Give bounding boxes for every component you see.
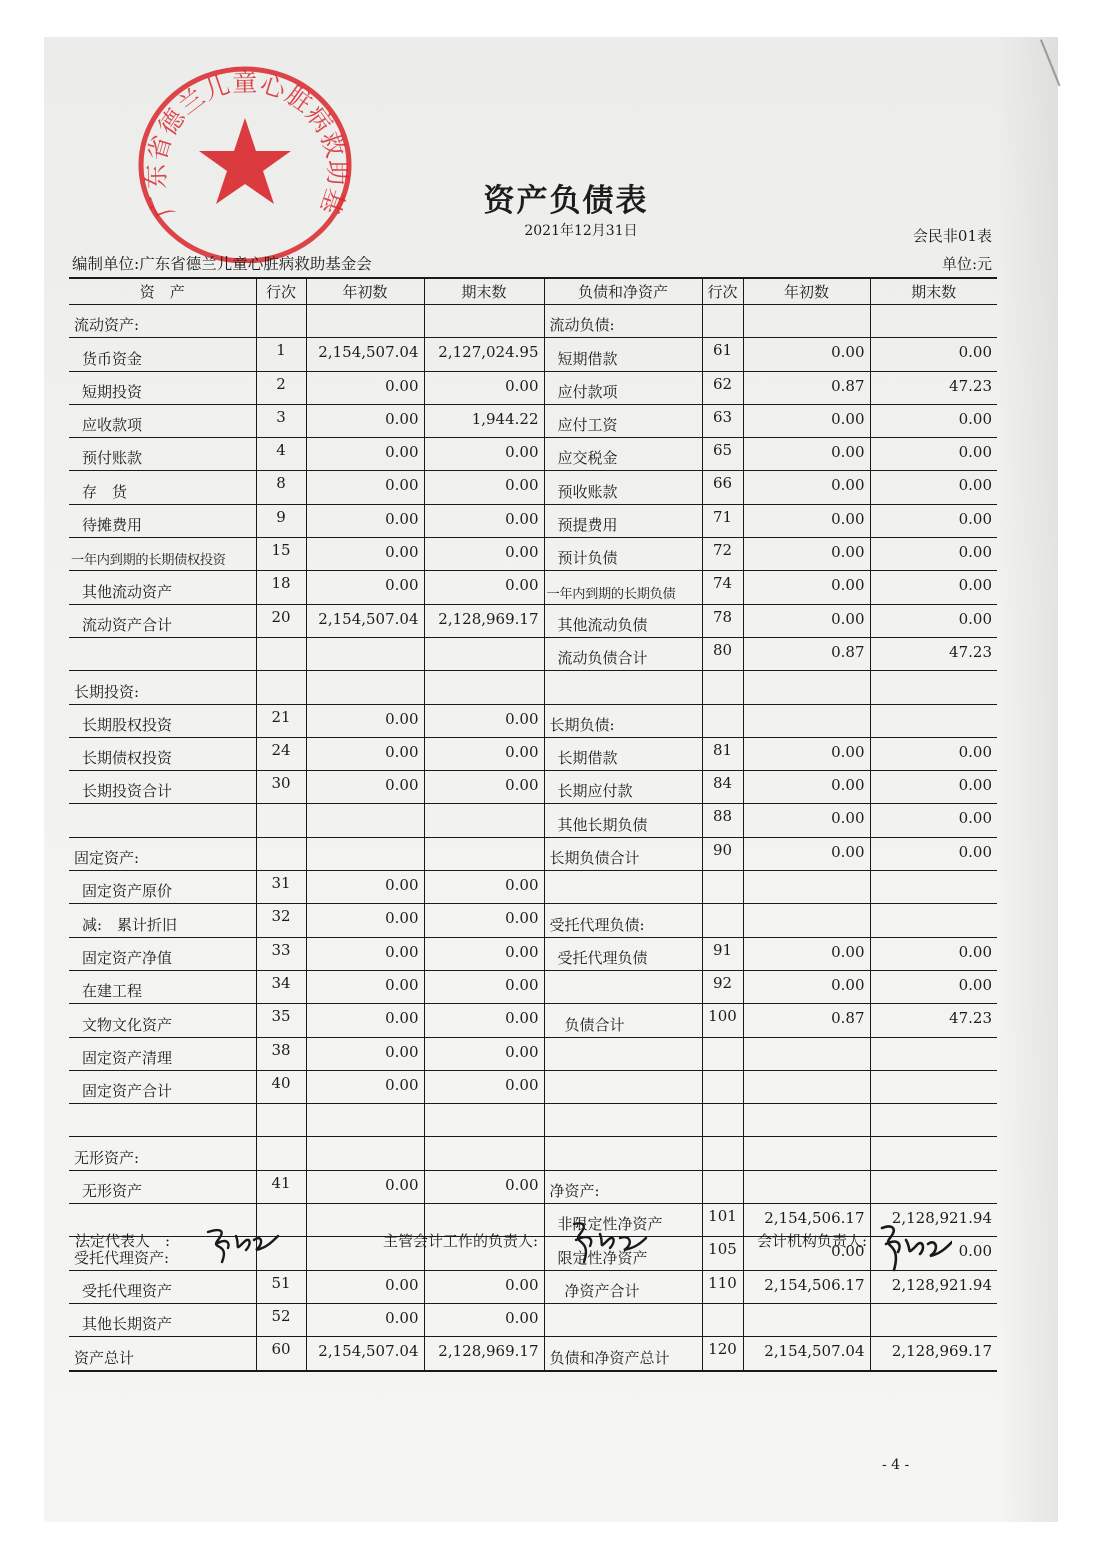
asset-line-no: 4: [256, 438, 306, 471]
table-row: 货币资金12,154,507.042,127,024.95短期借款610.000…: [69, 338, 997, 371]
liability-beginning-balance: 0.00: [743, 937, 870, 970]
liability-ending-balance: [870, 904, 997, 937]
asset-beginning-balance: 0.00: [306, 1270, 424, 1303]
liability-beginning-balance: [743, 1170, 870, 1203]
liability-beginning-balance: 0.00: [743, 571, 870, 604]
liability-label: [544, 1070, 702, 1103]
liability-label: 受托代理负债:: [544, 904, 702, 937]
liability-line-no: 65: [702, 438, 743, 471]
asset-beginning-balance: 0.00: [306, 538, 424, 571]
liability-beginning-balance: [743, 1037, 870, 1070]
table-row: 长期投资合计300.000.00长期应付款840.000.00: [69, 771, 997, 804]
asset-label: 固定资产原价: [69, 871, 256, 904]
asset-label: 固定资产清理: [69, 1037, 256, 1070]
asset-beginning-balance: [306, 637, 424, 670]
table-row: 长期投资:: [69, 671, 997, 704]
liability-line-no: [702, 671, 743, 704]
table-row: 其他流动资产180.000.00一年内到期的长期负债740.000.00: [69, 571, 997, 604]
asset-label: [69, 637, 256, 670]
liability-beginning-balance: 0.87: [743, 371, 870, 404]
liability-label: [544, 1303, 702, 1336]
table-row: 一年内到期的长期债权投资150.000.00预计负债720.000.00: [69, 538, 997, 571]
asset-ending-balance: [424, 1137, 544, 1170]
liability-line-no: [702, 871, 743, 904]
asset-label: 短期投资: [69, 371, 256, 404]
asset-ending-balance: 0.00: [424, 970, 544, 1003]
liability-beginning-balance: 0.00: [743, 471, 870, 504]
asset-line-no: 51: [256, 1270, 306, 1303]
asset-ending-balance: [424, 305, 544, 338]
asset-ending-balance: 0.00: [424, 771, 544, 804]
asset-beginning-balance: 0.00: [306, 404, 424, 437]
table-row: 减: 累计折旧320.000.00受托代理负债:: [69, 904, 997, 937]
asset-ending-balance: 0.00: [424, 471, 544, 504]
asset-beginning-balance: [306, 804, 424, 837]
asset-ending-balance: 0.00: [424, 538, 544, 571]
table-row: 存 货80.000.00预收账款660.000.00: [69, 471, 997, 504]
page-number: - 4 -: [882, 1457, 909, 1473]
liability-line-no: 80: [702, 637, 743, 670]
header-ending: 期末数: [870, 278, 997, 305]
asset-ending-balance: 0.00: [424, 871, 544, 904]
liability-beginning-balance: [743, 1104, 870, 1137]
header-line-no: 行次: [702, 278, 743, 305]
asset-ending-balance: 0.00: [424, 904, 544, 937]
asset-label: 待摊费用: [69, 504, 256, 537]
asset-beginning-balance: 0.00: [306, 937, 424, 970]
document-title: 资产负债表: [0, 175, 1102, 220]
liability-ending-balance: 0.00: [870, 538, 997, 571]
liability-label: 受托代理负债: [544, 937, 702, 970]
liability-label: 负债和净资产总计: [544, 1337, 702, 1371]
table-row: 其他长期负债880.000.00: [69, 804, 997, 837]
asset-ending-balance: 0.00: [424, 438, 544, 471]
asset-label: 固定资产净值: [69, 937, 256, 970]
liability-line-no: 71: [702, 504, 743, 537]
liability-beginning-balance: 0.87: [743, 637, 870, 670]
liability-ending-balance: 0.00: [870, 804, 997, 837]
asset-line-no: [256, 305, 306, 338]
header-assets: 资 产: [69, 278, 256, 305]
liability-ending-balance: 0.00: [870, 771, 997, 804]
liability-beginning-balance: [743, 704, 870, 737]
liability-beginning-balance: 0.00: [743, 970, 870, 1003]
asset-ending-balance: 0.00: [424, 1037, 544, 1070]
asset-ending-balance: [424, 804, 544, 837]
asset-ending-balance: [424, 837, 544, 870]
asset-label: 其他长期资产: [69, 1303, 256, 1336]
asset-label: 长期股权投资: [69, 704, 256, 737]
liability-line-no: [702, 1170, 743, 1203]
asset-line-no: 40: [256, 1070, 306, 1103]
asset-line-no: 33: [256, 937, 306, 970]
liability-label: 净资产:: [544, 1170, 702, 1203]
liability-ending-balance: 0.00: [870, 404, 997, 437]
liability-ending-balance: 0.00: [870, 837, 997, 870]
liability-label: 长期应付款: [544, 771, 702, 804]
asset-beginning-balance: 0.00: [306, 571, 424, 604]
liability-line-no: [702, 704, 743, 737]
asset-beginning-balance: [306, 305, 424, 338]
liability-ending-balance: [870, 1104, 997, 1137]
liability-line-no: [702, 1303, 743, 1336]
liability-line-no: 72: [702, 538, 743, 571]
table-row: 待摊费用90.000.00预提费用710.000.00: [69, 504, 997, 537]
asset-label: 减: 累计折旧: [69, 904, 256, 937]
liability-beginning-balance: 0.00: [743, 504, 870, 537]
table-row: 固定资产原价310.000.00: [69, 871, 997, 904]
asset-ending-balance: 2,128,969.17: [424, 604, 544, 637]
liability-beginning-balance: 0.00: [743, 804, 870, 837]
liability-label: [544, 1037, 702, 1070]
liability-ending-balance: 47.23: [870, 1004, 997, 1037]
asset-label: 长期投资:: [69, 671, 256, 704]
liability-ending-balance: 2,128,969.17: [870, 1337, 997, 1371]
asset-beginning-balance: [306, 1104, 424, 1137]
liability-beginning-balance: [743, 671, 870, 704]
paper-shadow: [998, 37, 1058, 1522]
asset-line-no: 24: [256, 737, 306, 770]
liability-beginning-balance: [743, 871, 870, 904]
asset-label: 受托代理资产: [69, 1270, 256, 1303]
liability-line-no: 90: [702, 837, 743, 870]
asset-line-no: 15: [256, 538, 306, 571]
asset-beginning-balance: [306, 671, 424, 704]
asset-ending-balance: 0.00: [424, 1070, 544, 1103]
asset-ending-balance: 0.00: [424, 1270, 544, 1303]
asset-label: [69, 804, 256, 837]
liability-line-no: [702, 305, 743, 338]
liability-label: 长期借款: [544, 737, 702, 770]
table-row: 流动资产合计202,154,507.042,128,969.17其他流动负债78…: [69, 604, 997, 637]
asset-label: 预付账款: [69, 438, 256, 471]
liability-beginning-balance: 0.00: [743, 737, 870, 770]
liability-label: 应付款项: [544, 371, 702, 404]
asset-ending-balance: [424, 671, 544, 704]
liability-line-no: 74: [702, 571, 743, 604]
asset-label: 应收款项: [69, 404, 256, 437]
table-row: 流动负债合计800.8747.23: [69, 637, 997, 670]
asset-line-no: 34: [256, 970, 306, 1003]
liability-label: 负债合计: [544, 1004, 702, 1037]
liability-label: 短期借款: [544, 338, 702, 371]
liability-line-no: [702, 1070, 743, 1103]
liability-beginning-balance: [743, 1137, 870, 1170]
handwritten-signature-icon: [200, 1222, 280, 1268]
asset-ending-balance: 0.00: [424, 737, 544, 770]
header-line-no: 行次: [256, 278, 306, 305]
asset-beginning-balance: 0.00: [306, 1037, 424, 1070]
form-code: 会民非01表: [913, 225, 992, 246]
asset-label: 其他流动资产: [69, 571, 256, 604]
asset-label: 货币资金: [69, 338, 256, 371]
liability-label: 其他长期负债: [544, 804, 702, 837]
asset-ending-balance: [424, 1104, 544, 1137]
header-liabilities-net-assets: 负债和净资产: [544, 278, 702, 305]
liability-beginning-balance: 0.00: [743, 837, 870, 870]
liability-beginning-balance: 0.00: [743, 438, 870, 471]
liability-line-no: [702, 1104, 743, 1137]
asset-label: 流动资产合计: [69, 604, 256, 637]
liability-ending-balance: [870, 704, 997, 737]
asset-ending-balance: 0.00: [424, 1004, 544, 1037]
table-row: 流动资产:流动负债:: [69, 305, 997, 338]
asset-label: 资产总计: [69, 1337, 256, 1371]
asset-label: 无形资产: [69, 1170, 256, 1203]
asset-ending-balance: [424, 637, 544, 670]
accounting-org-head-label: 会计机构负责人:: [757, 1230, 867, 1251]
asset-ending-balance: 0.00: [424, 704, 544, 737]
table-row: 长期股权投资210.000.00长期负债:: [69, 704, 997, 737]
liability-label: 长期负债:: [544, 704, 702, 737]
asset-beginning-balance: [306, 1137, 424, 1170]
currency-unit: 单位:元: [942, 253, 992, 274]
asset-label: 固定资产:: [69, 837, 256, 870]
liability-label: 一年内到期的长期负债: [544, 571, 702, 604]
liability-ending-balance: 0.00: [870, 937, 997, 970]
balance-sheet-table: 资 产 行次 年初数 期末数 负债和净资产 行次 年初数 期末数 流动资产:流动…: [69, 277, 997, 1372]
asset-line-no: [256, 671, 306, 704]
accounting-head-label: 主管会计工作的负责人:: [383, 1230, 538, 1251]
liability-beginning-balance: 2,154,507.04: [743, 1337, 870, 1371]
table-row: 受托代理资产510.000.00净资产合计1102,154,506.172,12…: [69, 1270, 997, 1303]
asset-ending-balance: 2,128,969.17: [424, 1337, 544, 1371]
asset-line-no: 18: [256, 571, 306, 604]
liability-ending-balance: [870, 1137, 997, 1170]
asset-label: 在建工程: [69, 970, 256, 1003]
asset-line-no: 20: [256, 604, 306, 637]
liability-line-no: 61: [702, 338, 743, 371]
liability-beginning-balance: 2,154,506.17: [743, 1270, 870, 1303]
liability-ending-balance: 47.23: [870, 371, 997, 404]
liability-beginning-balance: 0.87: [743, 1004, 870, 1037]
table-row: 无形资产:: [69, 1137, 997, 1170]
liability-ending-balance: 0.00: [870, 970, 997, 1003]
liability-label: [544, 1104, 702, 1137]
liability-line-no: 62: [702, 371, 743, 404]
asset-line-no: 2: [256, 371, 306, 404]
liability-beginning-balance: 0.00: [743, 538, 870, 571]
asset-beginning-balance: 0.00: [306, 704, 424, 737]
asset-line-no: 32: [256, 904, 306, 937]
table-row: 固定资产净值330.000.00受托代理负债910.000.00: [69, 937, 997, 970]
table-row: 无形资产410.000.00净资产:: [69, 1170, 997, 1203]
liability-ending-balance: 0.00: [870, 438, 997, 471]
table-row: 其他长期资产520.000.00: [69, 1303, 997, 1336]
asset-beginning-balance: 0.00: [306, 438, 424, 471]
asset-line-no: 31: [256, 871, 306, 904]
asset-beginning-balance: 2,154,507.04: [306, 1337, 424, 1371]
liability-label: 应交税金: [544, 438, 702, 471]
asset-ending-balance: 0.00: [424, 1303, 544, 1336]
asset-label: 流动资产:: [69, 305, 256, 338]
liability-line-no: 91: [702, 937, 743, 970]
liability-ending-balance: [870, 1070, 997, 1103]
asset-beginning-balance: 0.00: [306, 970, 424, 1003]
asset-ending-balance: 0.00: [424, 937, 544, 970]
liability-label: [544, 1137, 702, 1170]
liability-label: 应付工资: [544, 404, 702, 437]
liability-label: 流动负债合计: [544, 637, 702, 670]
liability-beginning-balance: 0.00: [743, 771, 870, 804]
asset-beginning-balance: 0.00: [306, 504, 424, 537]
asset-beginning-balance: 0.00: [306, 471, 424, 504]
liability-line-no: 92: [702, 970, 743, 1003]
liability-ending-balance: [870, 871, 997, 904]
asset-beginning-balance: 0.00: [306, 871, 424, 904]
liability-line-no: 78: [702, 604, 743, 637]
liability-line-no: [702, 1037, 743, 1070]
asset-line-no: 3: [256, 404, 306, 437]
asset-line-no: 9: [256, 504, 306, 537]
liability-ending-balance: 0.00: [870, 338, 997, 371]
legal-representative-label: 法定代表人 :: [75, 1230, 170, 1251]
liability-ending-balance: 0.00: [870, 471, 997, 504]
asset-beginning-balance: 0.00: [306, 771, 424, 804]
liability-ending-balance: [870, 305, 997, 338]
liability-beginning-balance: [743, 1303, 870, 1336]
liability-line-no: 88: [702, 804, 743, 837]
liability-line-no: 84: [702, 771, 743, 804]
asset-line-no: 1: [256, 338, 306, 371]
asset-beginning-balance: 0.00: [306, 1004, 424, 1037]
liability-ending-balance: 0.00: [870, 604, 997, 637]
table-row: 固定资产:长期负债合计900.000.00: [69, 837, 997, 870]
header-beginning: 年初数: [306, 278, 424, 305]
liability-ending-balance: [870, 1170, 997, 1203]
asset-line-no: 30: [256, 771, 306, 804]
asset-ending-balance: 1,944.22: [424, 404, 544, 437]
asset-line-no: 60: [256, 1337, 306, 1371]
liability-line-no: 100: [702, 1004, 743, 1037]
liability-ending-balance: [870, 1303, 997, 1336]
liability-beginning-balance: [743, 904, 870, 937]
asset-line-no: 41: [256, 1170, 306, 1203]
asset-label: 文物文化资产: [69, 1004, 256, 1037]
table-header-row: 资 产 行次 年初数 期末数 负债和净资产 行次 年初数 期末数: [69, 278, 997, 305]
liability-ending-balance: 0.00: [870, 571, 997, 604]
asset-label: [69, 1104, 256, 1137]
asset-beginning-balance: 2,154,507.04: [306, 604, 424, 637]
asset-ending-balance: 0.00: [424, 571, 544, 604]
liability-beginning-balance: [743, 1070, 870, 1103]
liability-label: 其他流动负债: [544, 604, 702, 637]
table-row: 预付账款40.000.00应交税金650.000.00: [69, 438, 997, 471]
asset-label: 固定资产合计: [69, 1070, 256, 1103]
asset-line-no: [256, 837, 306, 870]
liability-line-no: 105: [702, 1237, 743, 1270]
asset-line-no: [256, 637, 306, 670]
asset-label: 无形资产:: [69, 1137, 256, 1170]
liability-ending-balance: [870, 671, 997, 704]
asset-ending-balance: 0.00: [424, 1170, 544, 1203]
asset-beginning-balance: 2,154,507.04: [306, 338, 424, 371]
liability-label: 预提费用: [544, 504, 702, 537]
liability-label: [544, 871, 702, 904]
asset-beginning-balance: 0.00: [306, 1303, 424, 1336]
table-row: 文物文化资产350.000.00负债合计1000.8747.23: [69, 1004, 997, 1037]
asset-line-no: [256, 1137, 306, 1170]
asset-beginning-balance: 0.00: [306, 904, 424, 937]
liability-line-no: 63: [702, 404, 743, 437]
header-ending: 期末数: [424, 278, 544, 305]
table-row: 长期债权投资240.000.00长期借款810.000.00: [69, 737, 997, 770]
liability-line-no: 120: [702, 1337, 743, 1371]
table-row: 应收款项30.001,944.22应付工资630.000.00: [69, 404, 997, 437]
liability-line-no: [702, 904, 743, 937]
asset-line-no: 21: [256, 704, 306, 737]
liability-ending-balance: 0.00: [870, 504, 997, 537]
asset-ending-balance: 0.00: [424, 371, 544, 404]
table-row: 固定资产合计400.000.00: [69, 1070, 997, 1103]
asset-label: 长期投资合计: [69, 771, 256, 804]
asset-beginning-balance: 0.00: [306, 371, 424, 404]
liability-beginning-balance: 0.00: [743, 338, 870, 371]
liability-ending-balance: 0.00: [870, 737, 997, 770]
asset-line-no: 38: [256, 1037, 306, 1070]
asset-line-no: [256, 804, 306, 837]
handwritten-signature-icon: [560, 1218, 650, 1268]
asset-beginning-balance: 0.00: [306, 1170, 424, 1203]
liability-label: 长期负债合计: [544, 837, 702, 870]
liability-ending-balance: 47.23: [870, 637, 997, 670]
liability-line-no: [702, 1137, 743, 1170]
asset-label: 存 货: [69, 471, 256, 504]
asset-beginning-balance: 0.00: [306, 1070, 424, 1103]
handwritten-signature-icon: [872, 1220, 952, 1276]
header-beginning: 年初数: [743, 278, 870, 305]
asset-line-no: 35: [256, 1004, 306, 1037]
asset-ending-balance: 2,127,024.95: [424, 338, 544, 371]
asset-label: 一年内到期的长期债权投资: [69, 538, 256, 571]
liability-beginning-balance: [743, 305, 870, 338]
liability-label: [544, 970, 702, 1003]
liability-beginning-balance: 0.00: [743, 404, 870, 437]
liability-line-no: 81: [702, 737, 743, 770]
asset-line-no: 8: [256, 471, 306, 504]
asset-line-no: 52: [256, 1303, 306, 1336]
liability-line-no: 110: [702, 1270, 743, 1303]
liability-label: 流动负债:: [544, 305, 702, 338]
asset-ending-balance: 0.00: [424, 504, 544, 537]
liability-line-no: 66: [702, 471, 743, 504]
table-row: 固定资产清理380.000.00: [69, 1037, 997, 1070]
asset-line-no: [256, 1104, 306, 1137]
liability-ending-balance: [870, 1037, 997, 1070]
table-row: [69, 1104, 997, 1137]
liability-label: 预收账款: [544, 471, 702, 504]
liability-label: 预计负债: [544, 538, 702, 571]
preparing-organization: 编制单位:广东省德兰儿童心脏病救助基金会: [72, 252, 372, 274]
asset-label: 长期债权投资: [69, 737, 256, 770]
asset-beginning-balance: 0.00: [306, 737, 424, 770]
liability-label: 净资产合计: [544, 1270, 702, 1303]
liability-line-no: 101: [702, 1204, 743, 1237]
asset-beginning-balance: [306, 837, 424, 870]
table-row: 短期投资20.000.00应付款项620.8747.23: [69, 371, 997, 404]
liability-beginning-balance: 0.00: [743, 604, 870, 637]
table-row: 在建工程340.000.00920.000.00: [69, 970, 997, 1003]
table-row: 资产总计602,154,507.042,128,969.17负债和净资产总计12…: [69, 1337, 997, 1371]
liability-label: [544, 671, 702, 704]
